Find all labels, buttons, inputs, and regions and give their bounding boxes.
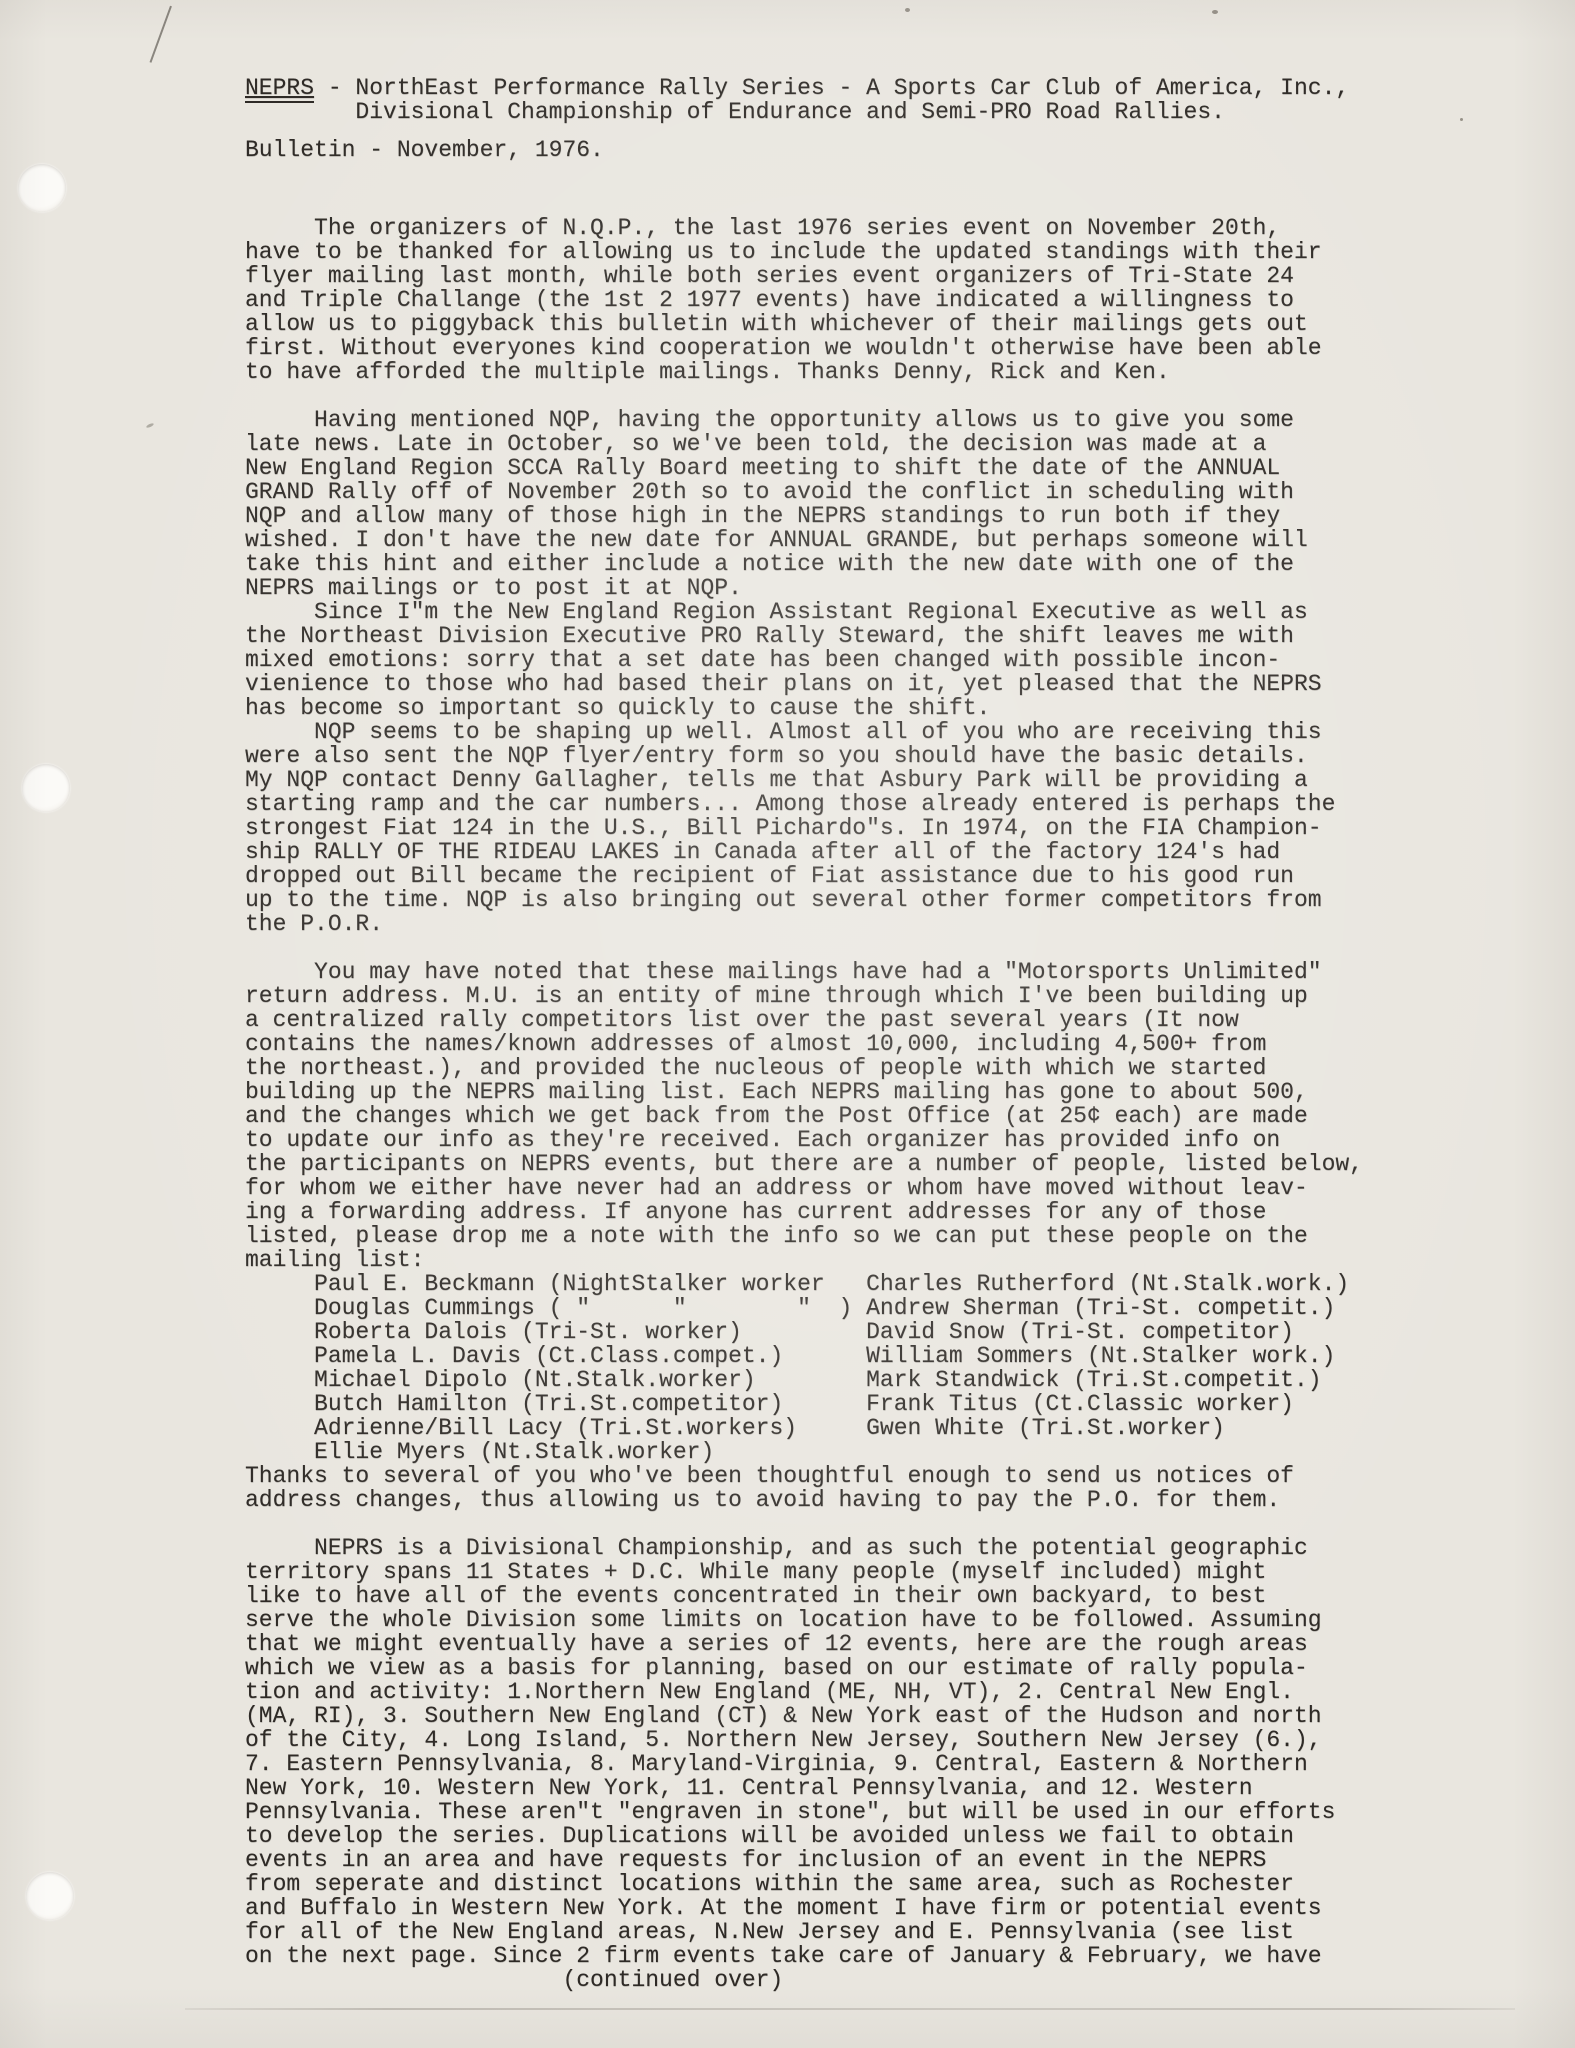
missing-person-row: Ellie Myers (Nt.Stalk.worker): [245, 1440, 1425, 1464]
punch-hole-top: [18, 164, 66, 212]
paragraph-nqp-shaping-up: NQP seems to be shaping up well. Almost …: [245, 720, 1425, 936]
missing-address-list: Paul E. Beckmann (NightStalker worker Ch…: [245, 1272, 1425, 1464]
paper-speck: [146, 422, 155, 428]
continued-over-note: (continued over): [245, 1968, 1101, 1992]
missing-person-row: Adrienne/Bill Lacy (Tri.St.workers) Gwen…: [245, 1416, 1425, 1440]
paragraph-divisional-areas: NEPRS is a Divisional Championship, and …: [245, 1536, 1425, 1968]
paragraph-organizers-thanks: The organizers of N.Q.P., the last 1976 …: [245, 216, 1425, 384]
doc-title-line1: NEPRS - NorthEast Performance Rally Seri…: [245, 76, 1425, 100]
bulletin-date-line: Bulletin - November, 1976.: [245, 138, 1425, 162]
paragraph-mixed-emotions: Since I"m the New England Region Assista…: [245, 600, 1425, 720]
paper-speck: [1460, 118, 1463, 121]
punch-hole-bottom: [26, 1872, 74, 1920]
paragraph-motorsports-unlimited: You may have noted that these mailings h…: [245, 960, 1425, 1272]
scan-scratch-mark: [150, 6, 172, 63]
paper-speck: [1212, 10, 1218, 14]
doc-title-line2: Divisional Championship of Endurance and…: [245, 100, 1425, 124]
doc-title-line1-rest: - NorthEast Performance Rally Series - A…: [314, 75, 1349, 101]
punch-hole-middle: [22, 764, 70, 812]
missing-person-row: Paul E. Beckmann (NightStalker worker Ch…: [245, 1272, 1425, 1296]
missing-person-row: Pamela L. Davis (Ct.Class.compet.) Willi…: [245, 1344, 1425, 1368]
scan-edge-line: [185, 2008, 1515, 2010]
missing-person-row: Michael Dipolo (Nt.Stalk.worker) Mark St…: [245, 1368, 1425, 1392]
missing-person-row: Butch Hamilton (Tri.St.competitor) Frank…: [245, 1392, 1425, 1416]
page-content: NEPRS - NorthEast Performance Rally Seri…: [245, 76, 1425, 1992]
paragraph-annual-grand-news: Having mentioned NQP, having the opportu…: [245, 408, 1425, 600]
scanned-bulletin-page: NEPRS - NorthEast Performance Rally Seri…: [0, 0, 1575, 2048]
paper-speck: [905, 8, 910, 12]
paragraph-thanks-note: Thanks to several of you who've been tho…: [245, 1464, 1425, 1512]
missing-person-row: Douglas Cummings ( " " " ) Andrew Sherma…: [245, 1296, 1425, 1320]
series-abbr: NEPRS: [245, 75, 314, 103]
missing-person-row: Roberta Dalois (Tri-St. worker) David Sn…: [245, 1320, 1425, 1344]
